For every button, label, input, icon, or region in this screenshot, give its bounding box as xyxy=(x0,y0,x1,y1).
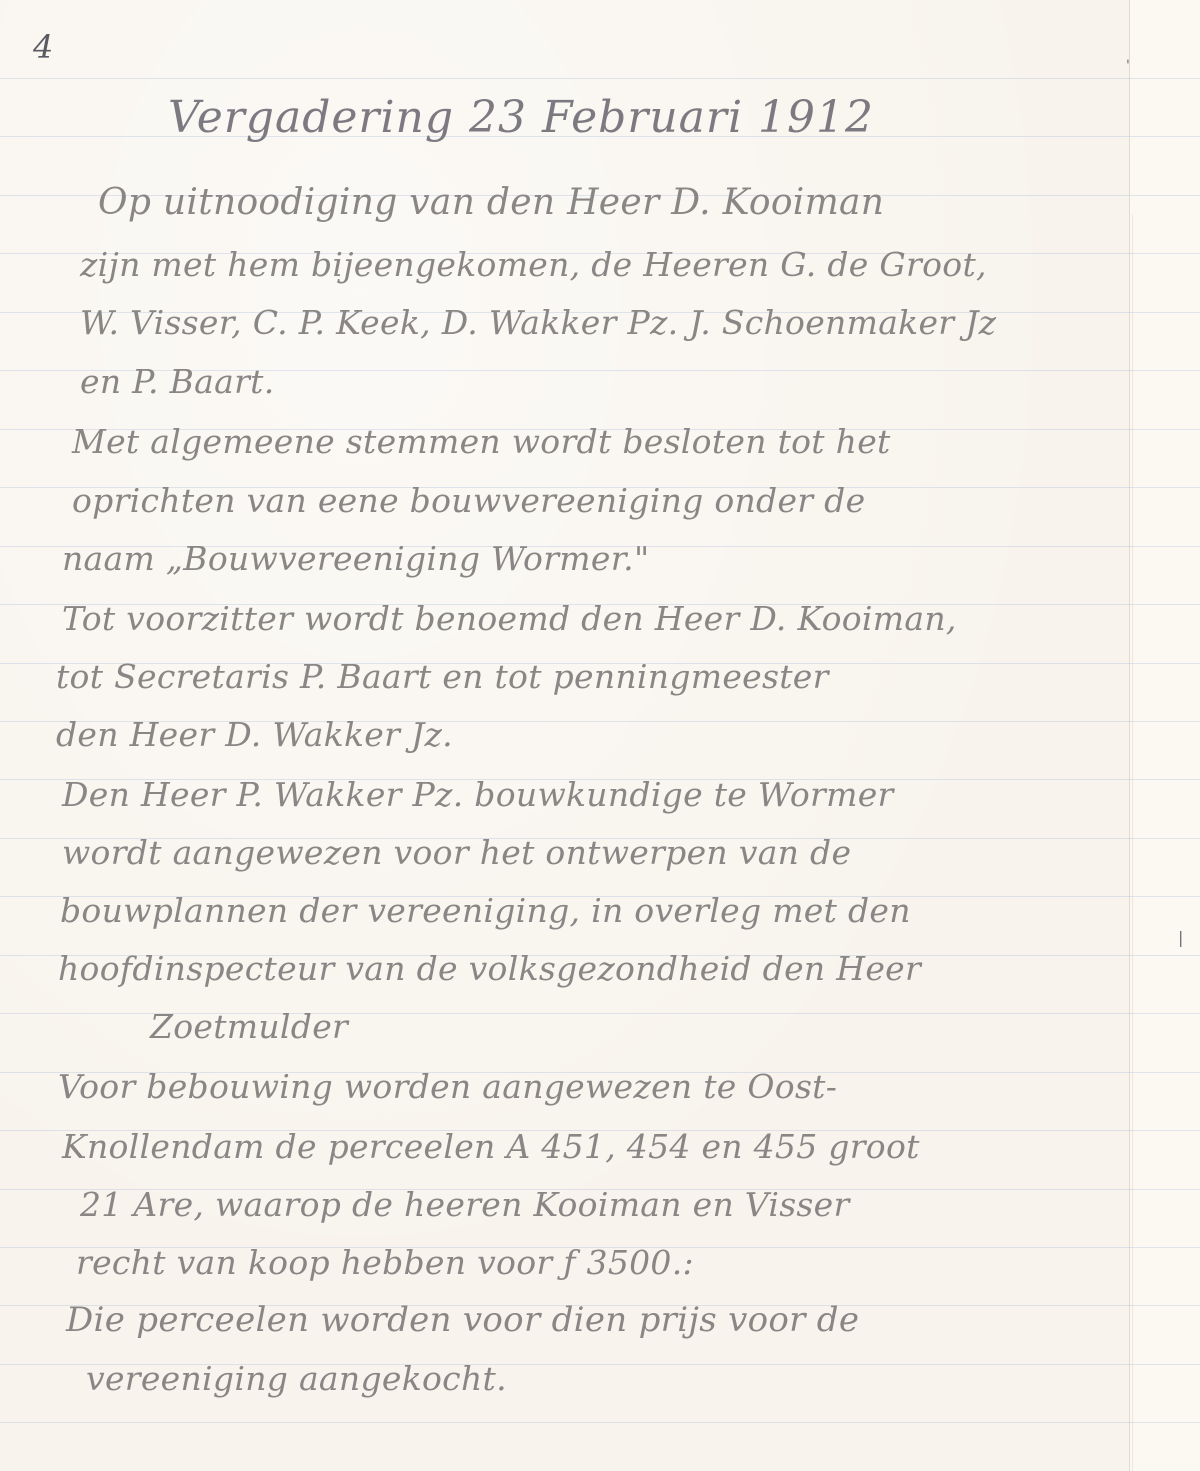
minutes-line: hoofdinspecteur van de volksgezondheid d… xyxy=(58,949,921,988)
minutes-line: wordt aangewezen voor het ontwerpen van … xyxy=(62,833,851,872)
ruled-line xyxy=(0,78,1200,79)
minutes-line: Voor bebouwing worden aangewezen te Oost… xyxy=(58,1067,837,1106)
ruled-line xyxy=(0,1422,1200,1423)
minutes-line: Tot voorzitter wordt benoemd den Heer D.… xyxy=(62,599,957,638)
minutes-line: en P. Baart. xyxy=(80,362,275,401)
page-tear-edge xyxy=(1132,215,1133,1471)
minutes-line: naam „Bouwvereeniging Wormer." xyxy=(62,539,649,578)
minutes-line: Den Heer P. Wakker Pz. bouwkundige te Wo… xyxy=(62,775,894,814)
minutes-line: tot Secretaris P. Baart en tot penningme… xyxy=(56,657,829,696)
margin-mark-top: ' xyxy=(1126,58,1130,74)
manuscript-page: 4 ' | Vergadering 23 Februari 1912 Op ui… xyxy=(0,0,1200,1471)
minutes-line: oprichten van eene bouwvereeniging onder… xyxy=(72,481,865,520)
minutes-line: Met algemeene stemmen wordt besloten tot… xyxy=(72,422,891,461)
minutes-line: zijn met hem bijeengekomen, de Heeren G.… xyxy=(80,245,987,284)
minutes-line: vereeniging aangekocht. xyxy=(86,1359,507,1398)
right-margin xyxy=(1130,0,1200,1471)
margin-mark-right: | xyxy=(1178,928,1183,947)
minutes-line: Op uitnoodiging van den Heer D. Kooiman xyxy=(98,182,884,223)
minutes-line: Die perceelen worden voor dien prijs voo… xyxy=(66,1300,859,1340)
page-number: 4 xyxy=(33,28,53,66)
minutes-line: 21 Are, waarop de heeren Kooiman en Viss… xyxy=(80,1185,850,1224)
minutes-line: den Heer D. Wakker Jz. xyxy=(56,715,453,754)
page-fold-edge xyxy=(1129,0,1130,1471)
minutes-line: Zoetmulder xyxy=(150,1007,348,1046)
minutes-line: Knollendam de perceelen A 451, 454 en 45… xyxy=(62,1127,920,1166)
meeting-heading: Vergadering 23 Februari 1912 xyxy=(168,92,874,143)
minutes-line: W. Visser, C. P. Keek, D. Wakker Pz. J. … xyxy=(80,303,996,342)
minutes-line: bouwplannen der vereeniging, in overleg … xyxy=(60,891,911,930)
minutes-line: recht van koop hebben voor ƒ 3500.: xyxy=(76,1243,694,1282)
